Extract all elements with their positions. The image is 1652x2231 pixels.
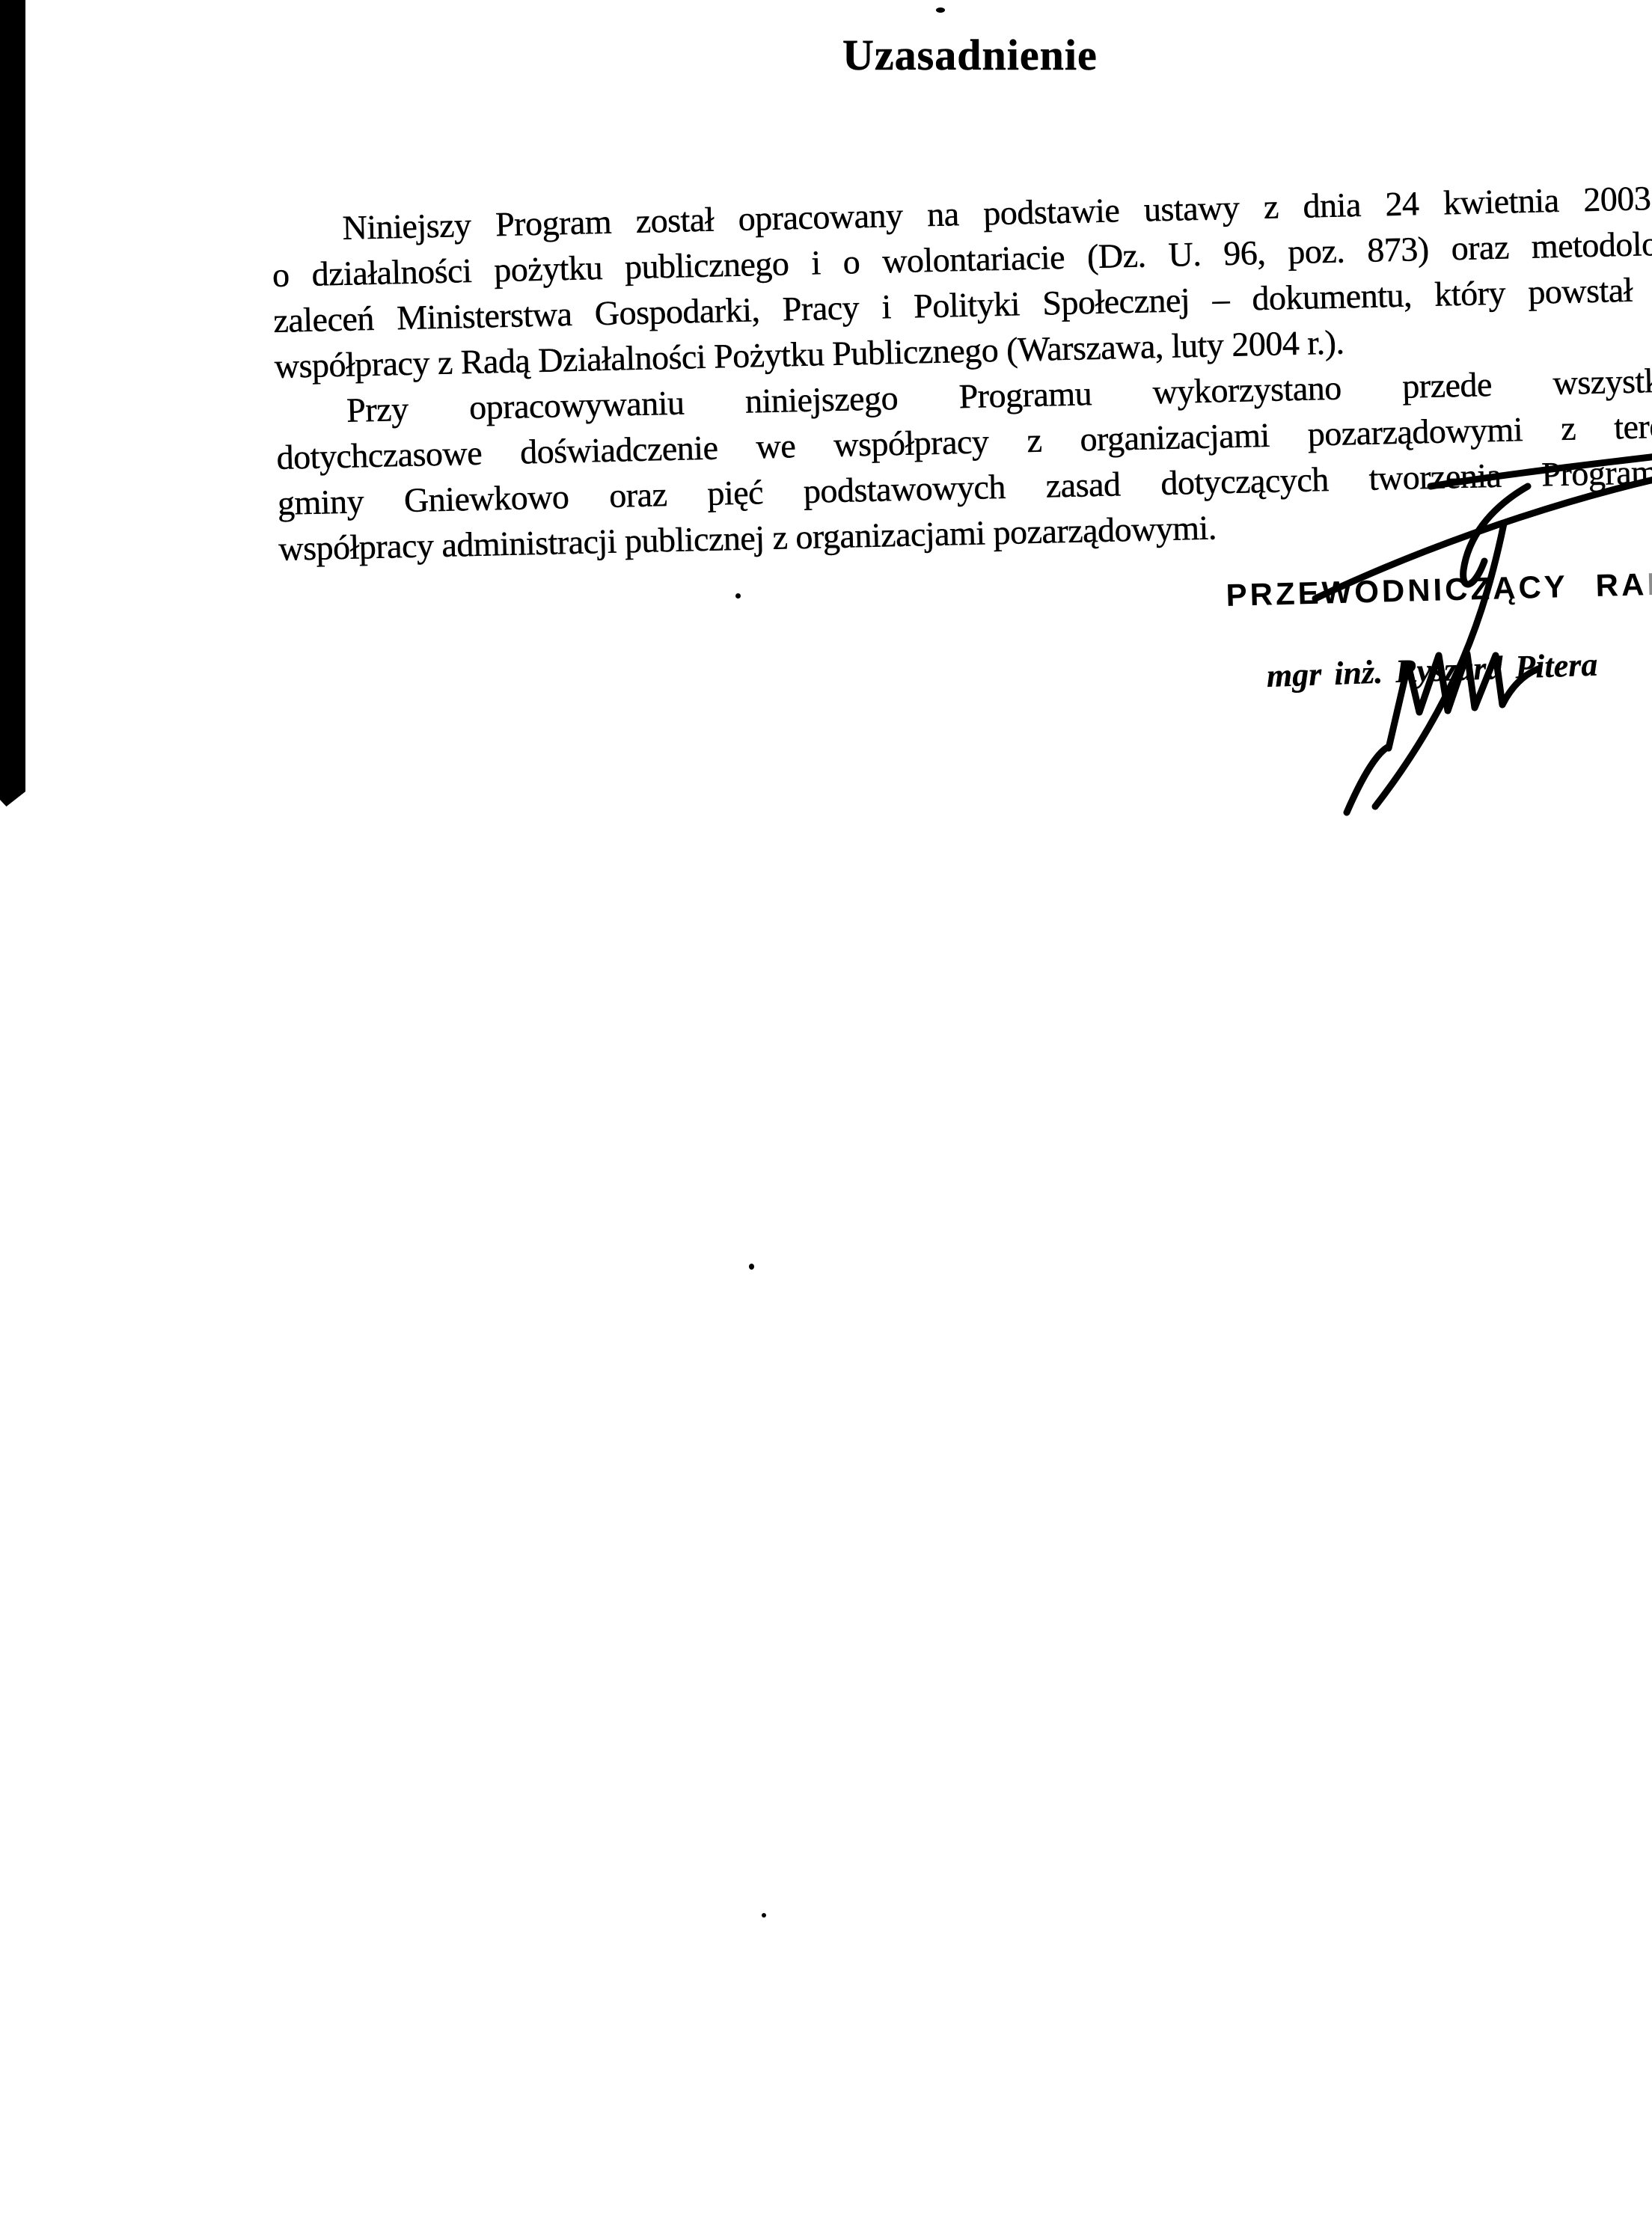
scan-speck: [749, 1264, 754, 1270]
scan-speck: [936, 7, 945, 13]
chairman-role-text-faint: DY: [1647, 566, 1652, 602]
signer-name: mgr inż. Ryszard Pitera: [1266, 646, 1598, 695]
signature-leadin-stroke: [1347, 747, 1389, 812]
scan-speck: [735, 593, 741, 599]
chairman-role-text: PRZEWODNICZĄCY RA: [1226, 566, 1648, 613]
chairman-role-stamp: PRZEWODNICZĄCY RADY: [1226, 566, 1652, 613]
page-title: Uzasadnienie: [842, 30, 1098, 80]
scan-speck: [762, 1913, 766, 1918]
body-text: Niniejszy Program został opracowany na p…: [271, 174, 1652, 572]
scan-artifact-bar: [0, 0, 25, 792]
